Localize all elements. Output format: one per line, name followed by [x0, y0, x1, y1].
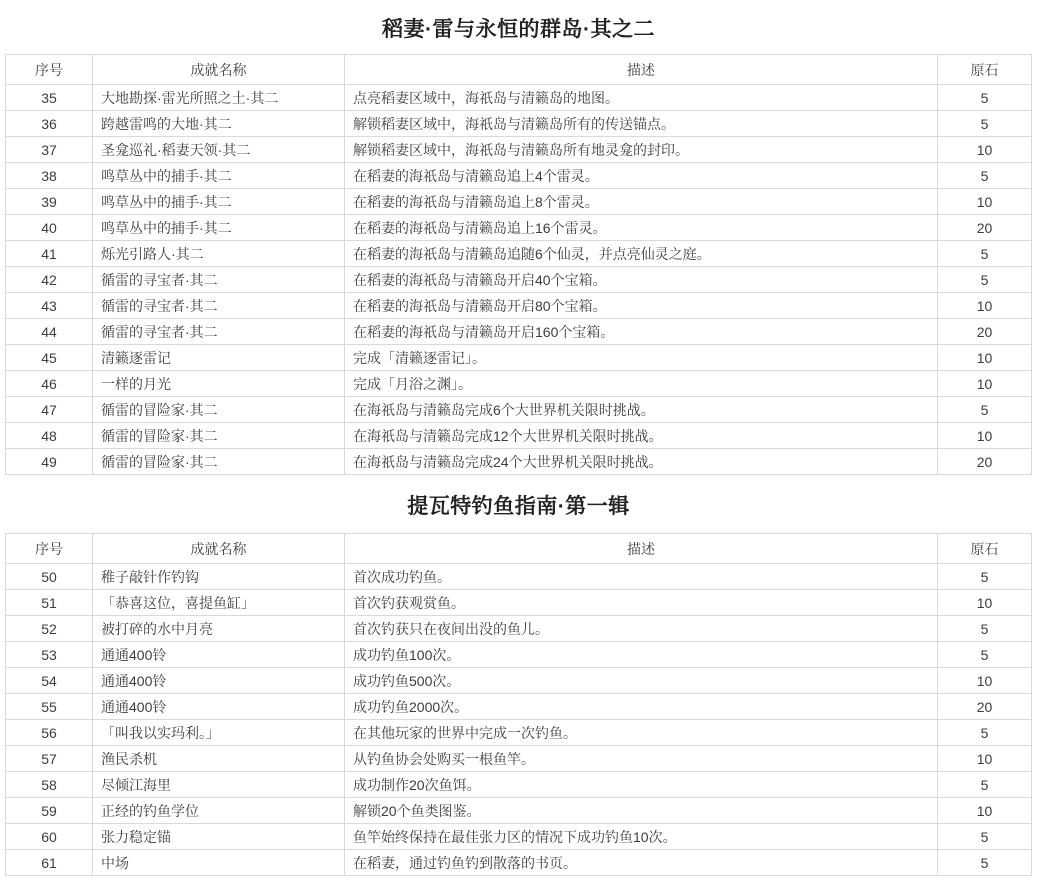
table-row: 53通通400铃成功钓鱼100次。5 [6, 642, 1032, 668]
row-number: 41 [6, 241, 93, 267]
achievement-description: 成功钓鱼500次。 [345, 668, 938, 694]
table-row: 38鸣草丛中的捕手·其二在稻妻的海祇岛与清籁岛追上4个雷灵。5 [6, 163, 1032, 189]
row-number: 58 [6, 772, 93, 798]
achievement-description: 在稻妻，通过钓鱼钓到散落的书页。 [345, 850, 938, 876]
column-header-achievement-name: 成就名称 [93, 55, 345, 85]
primogem-reward: 5 [938, 642, 1032, 668]
achievement-description: 成功制作20次鱼饵。 [345, 772, 938, 798]
achievement-name: 循雷的寻宝者·其二 [93, 267, 345, 293]
achievement-name: 循雷的冒险家·其二 [93, 397, 345, 423]
primogem-reward: 5 [938, 616, 1032, 642]
row-number: 44 [6, 319, 93, 345]
table-row: 49循雷的冒险家·其二在海祇岛与清籁岛完成24个大世界机关限时挑战。20 [6, 449, 1032, 475]
achievement-name: 正经的钓鱼学位 [93, 798, 345, 824]
achievement-description: 在稻妻的海祇岛与清籁岛追上4个雷灵。 [345, 163, 938, 189]
row-number: 49 [6, 449, 93, 475]
column-header-number: 序号 [6, 55, 93, 85]
row-number: 48 [6, 423, 93, 449]
achievement-description: 首次成功钓鱼。 [345, 564, 938, 590]
primogem-reward: 5 [938, 772, 1032, 798]
table-row: 44循雷的寻宝者·其二在稻妻的海祇岛与清籁岛开启160个宝箱。20 [6, 319, 1032, 345]
achievements-table-fishing-guide: 序号 成就名称 描述 原石 50稚子敲针作钓钩首次成功钓鱼。551「恭喜这位，喜… [5, 533, 1032, 876]
table-row: 56「叫我以实玛利。」在其他玩家的世界中完成一次钓鱼。5 [6, 720, 1032, 746]
primogem-reward: 10 [938, 798, 1032, 824]
primogem-reward: 5 [938, 267, 1032, 293]
achievement-name: 圣龛巡礼·稻妻天领·其二 [93, 137, 345, 163]
row-number: 45 [6, 345, 93, 371]
table-row: 54通通400铃成功钓鱼500次。10 [6, 668, 1032, 694]
row-number: 51 [6, 590, 93, 616]
achievement-description: 解锁稻妻区域中，海祇岛与清籁岛所有地灵龛的封印。 [345, 137, 938, 163]
row-number: 50 [6, 564, 93, 590]
achievement-name: 烁光引路人·其二 [93, 241, 345, 267]
table-row: 61中场在稻妻，通过钓鱼钓到散落的书页。5 [6, 850, 1032, 876]
table-row: 37圣龛巡礼·稻妻天领·其二解锁稻妻区域中，海祇岛与清籁岛所有地灵龛的封印。10 [6, 137, 1032, 163]
primogem-reward: 5 [938, 163, 1032, 189]
table-row: 47循雷的冒险家·其二在海祇岛与清籁岛完成6个大世界机关限时挑战。5 [6, 397, 1032, 423]
achievement-description: 在稻妻的海祇岛与清籁岛开启40个宝箱。 [345, 267, 938, 293]
achievement-description: 成功钓鱼100次。 [345, 642, 938, 668]
achievement-description: 点亮稻妻区域中，海祇岛与清籁岛的地图。 [345, 85, 938, 111]
table-row: 51「恭喜这位，喜提鱼缸」首次钓获观赏鱼。10 [6, 590, 1032, 616]
achievement-description: 在稻妻的海祇岛与清籁岛开启80个宝箱。 [345, 293, 938, 319]
primogem-reward: 20 [938, 449, 1032, 475]
achievement-name: 鸣草丛中的捕手·其二 [93, 163, 345, 189]
row-number: 35 [6, 85, 93, 111]
table-row: 46一样的月光完成「月浴之渊」。10 [6, 371, 1032, 397]
primogem-reward: 10 [938, 371, 1032, 397]
achievement-description: 在其他玩家的世界中完成一次钓鱼。 [345, 720, 938, 746]
table-header-row: 序号 成就名称 描述 原石 [6, 55, 1032, 85]
table-row: 55通通400铃成功钓鱼2000次。20 [6, 694, 1032, 720]
achievement-name: 张力稳定锚 [93, 824, 345, 850]
row-number: 57 [6, 746, 93, 772]
row-number: 43 [6, 293, 93, 319]
table-row: 48循雷的冒险家·其二在海祇岛与清籁岛完成12个大世界机关限时挑战。10 [6, 423, 1032, 449]
primogem-reward: 10 [938, 189, 1032, 215]
table-row: 43循雷的寻宝者·其二在稻妻的海祇岛与清籁岛开启80个宝箱。10 [6, 293, 1032, 319]
table-row: 36跨越雷鸣的大地·其二解锁稻妻区域中，海祇岛与清籁岛所有的传送锚点。5 [6, 111, 1032, 137]
achievement-description: 首次钓获观赏鱼。 [345, 590, 938, 616]
table-row: 45清籁逐雷记完成「清籁逐雷记」。10 [6, 345, 1032, 371]
achievement-name: 渔民杀机 [93, 746, 345, 772]
achievement-description: 解锁20个鱼类图鉴。 [345, 798, 938, 824]
primogem-reward: 10 [938, 293, 1032, 319]
primogem-reward: 10 [938, 590, 1032, 616]
achievement-name: 循雷的冒险家·其二 [93, 449, 345, 475]
achievement-name: 鸣草丛中的捕手·其二 [93, 215, 345, 241]
primogem-reward: 20 [938, 694, 1032, 720]
achievement-description: 从钓鱼协会处购买一根鱼竿。 [345, 746, 938, 772]
column-header-primogems: 原石 [938, 534, 1032, 564]
achievement-name: 通通400铃 [93, 642, 345, 668]
primogem-reward: 5 [938, 241, 1032, 267]
achievement-description: 完成「月浴之渊」。 [345, 371, 938, 397]
row-number: 52 [6, 616, 93, 642]
table-row: 50稚子敲针作钓钩首次成功钓鱼。5 [6, 564, 1032, 590]
achievement-name: 大地勘探·雷光所照之土·其二 [93, 85, 345, 111]
row-number: 37 [6, 137, 93, 163]
column-header-achievement-name: 成就名称 [93, 534, 345, 564]
row-number: 60 [6, 824, 93, 850]
row-number: 61 [6, 850, 93, 876]
achievement-description: 在海祇岛与清籁岛完成24个大世界机关限时挑战。 [345, 449, 938, 475]
row-number: 39 [6, 189, 93, 215]
primogem-reward: 5 [938, 720, 1032, 746]
row-number: 46 [6, 371, 93, 397]
achievement-description: 在稻妻的海祇岛与清籁岛追随6个仙灵，并点亮仙灵之庭。 [345, 241, 938, 267]
row-number: 53 [6, 642, 93, 668]
achievements-table-inazuma-islands: 序号 成就名称 描述 原石 35大地勘探·雷光所照之土·其二点亮稻妻区域中，海祇… [5, 54, 1032, 475]
achievement-description: 首次钓获只在夜间出没的鱼儿。 [345, 616, 938, 642]
achievement-name: 被打碎的水中月亮 [93, 616, 345, 642]
column-header-description: 描述 [345, 534, 938, 564]
primogem-reward: 5 [938, 111, 1032, 137]
achievement-name: 通通400铃 [93, 668, 345, 694]
achievement-description: 鱼竿始终保持在最佳张力区的情况下成功钓鱼10次。 [345, 824, 938, 850]
primogem-reward: 5 [938, 824, 1032, 850]
primogem-reward: 10 [938, 423, 1032, 449]
row-number: 47 [6, 397, 93, 423]
achievements-page: 稻妻·雷与永恒的群岛·其之二 序号 成就名称 描述 原石 35大地勘探·雷光所照… [0, 0, 1037, 876]
achievement-description: 解锁稻妻区域中，海祇岛与清籁岛所有的传送锚点。 [345, 111, 938, 137]
achievement-description: 在稻妻的海祇岛与清籁岛开启160个宝箱。 [345, 319, 938, 345]
column-header-number: 序号 [6, 534, 93, 564]
row-number: 42 [6, 267, 93, 293]
primogem-reward: 10 [938, 345, 1032, 371]
achievement-name: 通通400铃 [93, 694, 345, 720]
achievement-name: 清籁逐雷记 [93, 345, 345, 371]
achievement-name: 「叫我以实玛利。」 [93, 720, 345, 746]
table-row: 60张力稳定锚鱼竿始终保持在最佳张力区的情况下成功钓鱼10次。5 [6, 824, 1032, 850]
section-title-fishing-guide: 提瓦特钓鱼指南·第一辑 [5, 475, 1032, 533]
achievement-description: 在海祇岛与清籁岛完成6个大世界机关限时挑战。 [345, 397, 938, 423]
table-row: 35大地勘探·雷光所照之土·其二点亮稻妻区域中，海祇岛与清籁岛的地图。5 [6, 85, 1032, 111]
achievement-name: 「恭喜这位，喜提鱼缸」 [93, 590, 345, 616]
table-row: 57渔民杀机从钓鱼协会处购买一根鱼竿。10 [6, 746, 1032, 772]
primogem-reward: 5 [938, 850, 1032, 876]
row-number: 55 [6, 694, 93, 720]
achievement-name: 稚子敲针作钓钩 [93, 564, 345, 590]
table-row: 59正经的钓鱼学位解锁20个鱼类图鉴。10 [6, 798, 1032, 824]
table-row: 40鸣草丛中的捕手·其二在稻妻的海祇岛与清籁岛追上16个雷灵。20 [6, 215, 1032, 241]
achievement-name: 一样的月光 [93, 371, 345, 397]
table-row: 39鸣草丛中的捕手·其二在稻妻的海祇岛与清籁岛追上8个雷灵。10 [6, 189, 1032, 215]
table-row: 41烁光引路人·其二在稻妻的海祇岛与清籁岛追随6个仙灵，并点亮仙灵之庭。5 [6, 241, 1032, 267]
row-number: 54 [6, 668, 93, 694]
achievement-description: 在稻妻的海祇岛与清籁岛追上16个雷灵。 [345, 215, 938, 241]
row-number: 36 [6, 111, 93, 137]
row-number: 59 [6, 798, 93, 824]
table-row: 42循雷的寻宝者·其二在稻妻的海祇岛与清籁岛开启40个宝箱。5 [6, 267, 1032, 293]
achievement-description: 在稻妻的海祇岛与清籁岛追上8个雷灵。 [345, 189, 938, 215]
primogem-reward: 10 [938, 746, 1032, 772]
primogem-reward: 10 [938, 668, 1032, 694]
row-number: 38 [6, 163, 93, 189]
achievement-description: 在海祇岛与清籁岛完成12个大世界机关限时挑战。 [345, 423, 938, 449]
achievement-name: 中场 [93, 850, 345, 876]
achievement-name: 鸣草丛中的捕手·其二 [93, 189, 345, 215]
table-row: 58尽倾江海里成功制作20次鱼饵。5 [6, 772, 1032, 798]
primogem-reward: 5 [938, 397, 1032, 423]
primogem-reward: 5 [938, 85, 1032, 111]
primogem-reward: 10 [938, 137, 1032, 163]
column-header-description: 描述 [345, 55, 938, 85]
achievement-name: 循雷的冒险家·其二 [93, 423, 345, 449]
achievement-description: 完成「清籁逐雷记」。 [345, 345, 938, 371]
achievement-name: 循雷的寻宝者·其二 [93, 319, 345, 345]
achievement-name: 循雷的寻宝者·其二 [93, 293, 345, 319]
row-number: 40 [6, 215, 93, 241]
achievement-description: 成功钓鱼2000次。 [345, 694, 938, 720]
primogem-reward: 20 [938, 319, 1032, 345]
section-title-inazuma-islands: 稻妻·雷与永恒的群岛·其之二 [5, 0, 1032, 54]
primogem-reward: 5 [938, 564, 1032, 590]
row-number: 56 [6, 720, 93, 746]
achievement-name: 跨越雷鸣的大地·其二 [93, 111, 345, 137]
primogem-reward: 20 [938, 215, 1032, 241]
achievement-name: 尽倾江海里 [93, 772, 345, 798]
table-row: 52被打碎的水中月亮首次钓获只在夜间出没的鱼儿。5 [6, 616, 1032, 642]
table-header-row: 序号 成就名称 描述 原石 [6, 534, 1032, 564]
column-header-primogems: 原石 [938, 55, 1032, 85]
